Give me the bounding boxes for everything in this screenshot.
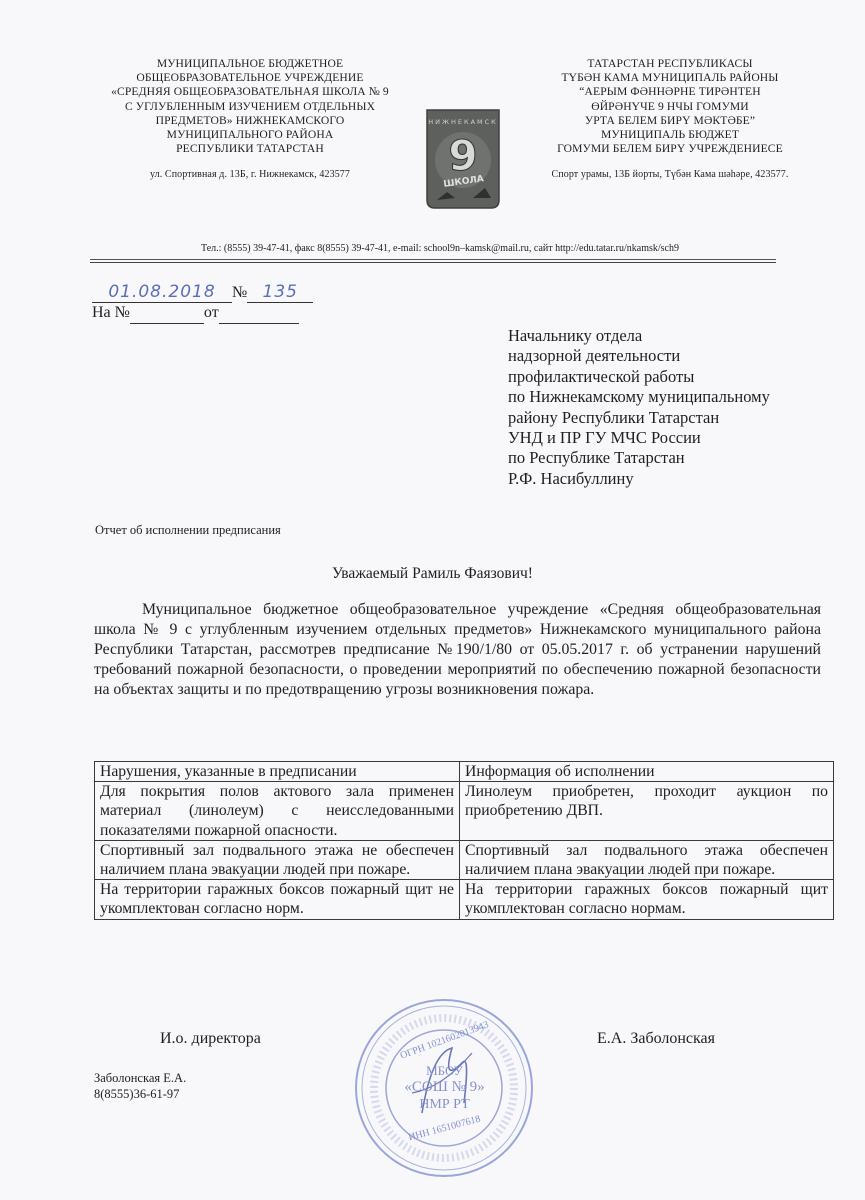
letterhead-line: УРТА БЕЛЕМ БИРҮ МӘКТӘБЕ” xyxy=(520,114,820,128)
registration-block: 01.08.2018№135 На № от xyxy=(92,282,313,324)
signatory-name: Е.А. Заболонская xyxy=(597,1030,715,1048)
resolution-cell: На территории гаражных боксов пожарный щ… xyxy=(460,880,834,919)
violations-table: Нарушения, указанные в предписании Инфор… xyxy=(94,761,834,920)
svg-text:9: 9 xyxy=(448,131,477,180)
signatory-title: И.о. директора xyxy=(160,1030,261,1048)
letterhead-left: МУНИЦИПАЛЬНОЕ БЮДЖЕТНОЕ ОБЩЕОБРАЗОВАТЕЛЬ… xyxy=(100,57,400,183)
recipient-line: УНД и ПР ГУ МЧС России xyxy=(508,428,770,448)
table-row: Для покрытия полов актового зала примене… xyxy=(95,782,834,841)
violation-cell: Для покрытия полов актового зала примене… xyxy=(95,782,460,841)
letterhead-line: ГОМУМИ БЕЛЕМ БИРҮ УЧРЕЖДЕНИЕСЕ xyxy=(520,142,820,156)
letterhead-line: ТАТАРСТАН РЕСПУБЛИКАСЫ xyxy=(520,57,820,71)
outgoing-number: 135 xyxy=(247,282,313,303)
recipient-line: по Республике Татарстан xyxy=(508,448,770,468)
letterhead-line: ОБЩЕОБРАЗОВАТЕЛЬНОЕ УЧРЕЖДЕНИЕ xyxy=(100,71,400,85)
executor-phone: 8(8555)36-61-97 xyxy=(94,1086,186,1102)
stamp-line: «СОШ № 9» xyxy=(352,1079,537,1096)
body-paragraph: Муниципальное бюджетное общеобразователь… xyxy=(94,600,821,700)
resolution-cell: Спортивный зал подвального этажа обеспеч… xyxy=(460,840,834,879)
letterhead-right: ТАТАРСТАН РЕСПУБЛИКАСЫ ТҮБӘН КАМА МУНИЦИ… xyxy=(520,57,820,183)
letterhead-line: «СРЕДНЯЯ ОБЩЕОБРАЗОВАТЕЛЬНАЯ ШКОЛА № 9 xyxy=(100,85,400,99)
recipient-line: Начальнику отдела xyxy=(508,326,770,346)
table-header: Информация об исполнении xyxy=(460,762,834,782)
school-logo: 9 НИЖНЕКАМСК ШКОЛА xyxy=(425,108,501,211)
executor-name: Заболонская Е.А. xyxy=(94,1070,186,1086)
resolution-cell: Линолеум приобретен, проходит аукцион по… xyxy=(460,782,834,841)
letterhead-contacts: Тел.: (8555) 39-47-41, факс 8(8555) 39-4… xyxy=(90,243,790,254)
violation-cell: На территории гаражных боксов пожарный щ… xyxy=(95,880,460,919)
table-header: Нарушения, указанные в предписании xyxy=(95,762,460,782)
recipient-line: профилактической работы xyxy=(508,367,770,387)
letterhead-divider xyxy=(90,262,776,263)
outgoing-date: 01.08.2018 xyxy=(92,282,232,303)
reply-label: На № xyxy=(92,304,130,321)
letter-subject: Отчет об исполнении предписания xyxy=(95,523,281,538)
table-header-row: Нарушения, указанные в предписании Инфор… xyxy=(95,762,834,782)
official-stamp: ОГРН 1021602013943 МБОУ «СОШ № 9» НМР РТ… xyxy=(352,993,537,1183)
executor-block: Заболонская Е.А. 8(8555)36-61-97 xyxy=(94,1070,186,1102)
letterhead-address: ул. Спортивная д. 13Б, г. Нижнекамск, 42… xyxy=(100,168,400,182)
table-row: Спортивный зал подвального этажа не обес… xyxy=(95,840,834,879)
recipient-line: Р.Ф. Насибуллину xyxy=(508,469,770,489)
recipient-block: Начальнику отдела надзорной деятельности… xyxy=(508,326,770,489)
from-label: от xyxy=(204,304,219,321)
letterhead-line: ТҮБӘН КАМА МУНИЦИПАЛЬ РАЙОНЫ xyxy=(520,71,820,85)
number-label: № xyxy=(232,284,247,301)
recipient-line: надзорной деятельности xyxy=(508,346,770,366)
table-row: На территории гаражных боксов пожарный щ… xyxy=(95,880,834,919)
school-emblem-icon: 9 НИЖНЕКАМСК ШКОЛА xyxy=(425,108,501,211)
letterhead-line: РЕСПУБЛИКИ ТАТАРСТАН xyxy=(100,142,400,156)
stamp-line: МБОУ xyxy=(352,1063,537,1079)
letterhead-line: МУНИЦИПАЛЬ БЮДЖЕТ xyxy=(520,128,820,142)
letterhead-line: МУНИЦИПАЛЬНОГО РАЙОНА xyxy=(100,128,400,142)
recipient-line: по Нижнекамскому муниципальному xyxy=(508,387,770,407)
letterhead-line: ӨЙРӘНҮЧЕ 9 НЧЫ ГОМУМИ xyxy=(520,100,820,114)
svg-text:НИЖНЕКАМСК: НИЖНЕКАМСК xyxy=(428,118,498,126)
letterhead-line: С УГЛУБЛЕННЫМ ИЗУЧЕНИЕМ ОТДЕЛЬНЫХ xyxy=(100,100,400,114)
letterhead-address: Спорт урамы, 13Б йорты, Түбән Кама шәһәр… xyxy=(520,168,820,182)
violation-cell: Спортивный зал подвального этажа не обес… xyxy=(95,840,460,879)
letterhead-line: ПРЕДМЕТОВ» НИЖНЕКАМСКОГО xyxy=(100,114,400,128)
greeting: Уважаемый Рамиль Фаязович! xyxy=(0,565,865,583)
letterhead-line: МУНИЦИПАЛЬНОЕ БЮДЖЕТНОЕ xyxy=(100,57,400,71)
letterhead-line: “АЕРЫМ ФӘННӘРНЕ ТИРӘНТЕН xyxy=(520,85,820,99)
letterhead-divider xyxy=(90,259,776,260)
recipient-line: району Республики Татарстан xyxy=(508,408,770,428)
